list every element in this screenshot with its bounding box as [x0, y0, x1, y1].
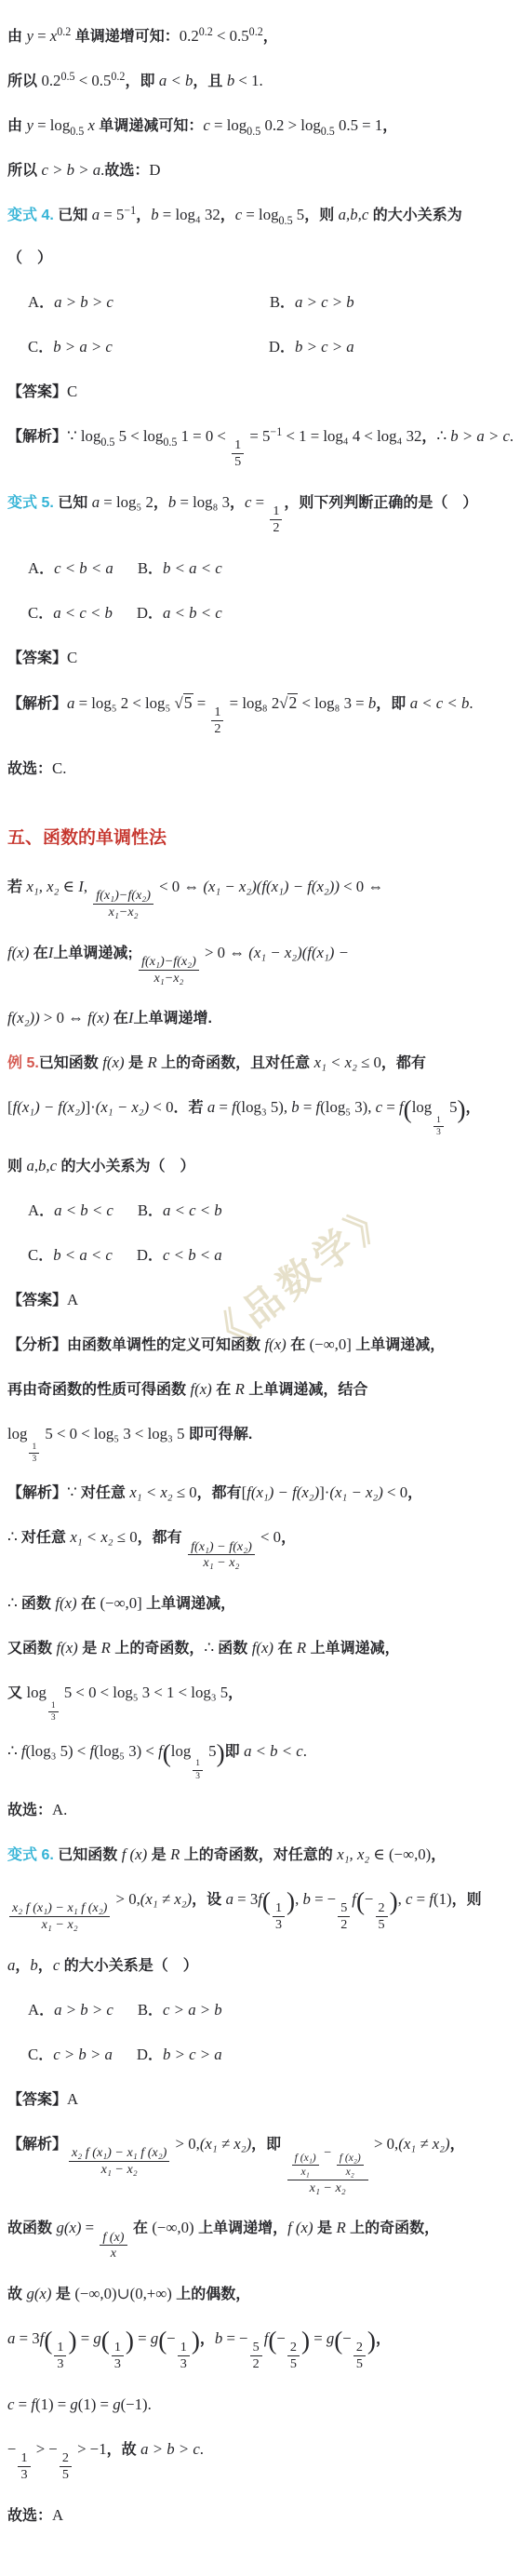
math-var: x₁ − x₂	[42, 1917, 78, 1932]
cn-text: ．	[148, 1248, 163, 1264]
cn-text: ，	[220, 208, 235, 223]
cn-text: 已知函数	[39, 1055, 102, 1071]
cn-text: ，且	[193, 74, 226, 89]
fraction: 13	[112, 2340, 124, 2371]
cn-text: ，	[136, 208, 151, 223]
cn-text: 由	[7, 29, 26, 45]
math-text: 2	[62, 2450, 69, 2465]
doc-line-7: A．a > b > cB．a > c > b	[7, 290, 514, 315]
math-var: x	[111, 2246, 116, 2261]
fraction: f (x)x	[100, 2230, 127, 2261]
cn-text: 是	[125, 1055, 148, 1071]
math-text: A	[52, 2506, 63, 2524]
math-text: (1) =	[78, 2395, 113, 2413]
denominator: 3	[433, 1127, 444, 1138]
math-text: 5	[205, 1742, 217, 1760]
math-text: ,	[84, 878, 91, 895]
math-var: x₁ − x₂	[101, 2162, 138, 2177]
math-text: 5 < 0 < log₅ 3 < log₃ 5	[41, 1425, 184, 1442]
math-text: 0.5	[70, 125, 84, 138]
cn-text: 是	[313, 2220, 337, 2236]
math-text: =	[77, 2329, 94, 2347]
big-paren: (	[163, 1739, 171, 1767]
cn-text: ．	[280, 340, 295, 356]
fraction: f(x₁) − f(x₂)x₁ − x₂	[188, 1539, 255, 1571]
numerator: 2	[287, 2340, 300, 2356]
math-var: f(x)	[87, 1009, 109, 1026]
big-paren: )	[68, 2327, 76, 2355]
doc-line-9: 【答案】C	[7, 380, 514, 404]
numerator: 1	[211, 704, 223, 721]
denominator: x₁ − x₂	[307, 2180, 349, 2196]
math-var: x₁	[301, 2166, 310, 2178]
big-paren: )	[301, 2327, 310, 2355]
doc-line-25: C．b < a < cD．c < b < a	[7, 1243, 514, 1268]
math-text: −	[7, 2440, 16, 2458]
math-text: 2	[379, 1900, 385, 1915]
math-var: f(x)	[56, 1639, 77, 1657]
cn-text: ，	[230, 495, 245, 511]
big-paren: (	[356, 1887, 365, 1915]
cn-text: ，	[153, 495, 168, 511]
cn-text: ，则	[304, 208, 338, 223]
math-text: −	[321, 2145, 335, 2160]
numerator: 5	[250, 2340, 262, 2356]
denominator: 5	[353, 2356, 366, 2372]
cn-text: ．	[38, 1248, 53, 1264]
math-text: ≤ 0	[173, 1483, 197, 1501]
cn-text: 【解析】	[7, 696, 67, 712]
math-text: 1	[180, 2340, 187, 2355]
cn-text: ．	[148, 2003, 163, 2019]
numerator: 1	[29, 1442, 39, 1454]
doc-line-32: ∴ 函数 f(x) 在 (−∞,0] 上单调递减，	[7, 1591, 514, 1616]
superscript: 0.5	[60, 72, 74, 83]
cn-text: 【解析】	[7, 429, 67, 445]
fraction: f(x₁)−f(x₂)x₁−x₂	[93, 888, 153, 919]
math-text: 0.5	[279, 214, 293, 227]
denominator: 2	[250, 2356, 262, 2372]
cn-text: ，	[450, 2137, 465, 2153]
math-text: (1)	[433, 1890, 452, 1908]
cn-text: 则	[7, 1159, 26, 1174]
math-var: x₁ − x₂	[203, 1555, 239, 1570]
doc-line-31: ∴ 对任意 x₁ < x₂ ≤ 0，都有 f(x₁) − f(x₂)x₁ − x…	[7, 1525, 514, 1571]
math-text: = 5	[100, 206, 124, 223]
math-text: 3	[32, 1455, 36, 1464]
math-text: 5	[379, 1917, 385, 1932]
numerator: f(x₁)−f(x₂)	[93, 888, 153, 905]
math-var: (x₁ − x₂)(f(x₁) − f(x₂))	[203, 878, 340, 895]
math-text: 1	[436, 1116, 441, 1125]
math-text: ∴	[7, 1528, 21, 1546]
cn-text: ．	[148, 606, 163, 622]
math-var: x₁ − x₂	[310, 2180, 346, 2195]
math-text: .	[469, 694, 473, 712]
math-var: a,b,c	[26, 1157, 57, 1174]
big-paren: (	[101, 2327, 110, 2355]
math-var: x₁−x₂	[153, 971, 183, 986]
math-text: A	[28, 1201, 39, 1219]
math-text: < 0	[149, 1098, 173, 1116]
superscript: 0.2	[111, 72, 125, 83]
math-text: 0.5	[247, 125, 260, 138]
big-paren: (	[262, 1887, 271, 1915]
math-var: a < b	[159, 72, 193, 89]
cn-text: 上单调递增，	[194, 2220, 287, 2236]
subscript: 0.5	[163, 437, 177, 449]
cn-text: 【答案】	[7, 2092, 67, 2108]
math-var: b > c > a	[163, 2046, 222, 2063]
math-text: 5	[290, 2356, 297, 2371]
math-var: a > b > c	[140, 2440, 200, 2458]
variant-label: 变式 6.	[7, 1847, 54, 1863]
math-text: = log	[242, 206, 278, 223]
fraction: 12	[211, 704, 223, 736]
cn-text: ，则下列判断正确的是（ ）	[284, 495, 477, 511]
sqrt: 5	[175, 693, 193, 712]
math-text: 0.5	[321, 125, 335, 138]
math-text: 3	[114, 2356, 121, 2371]
cn-text: ，	[376, 2331, 391, 2347]
math-var: b < a < c	[163, 559, 222, 577]
math-var: R	[101, 1639, 111, 1657]
math-text: 1 = 0 <	[177, 427, 230, 445]
math-var: f(x)	[102, 1053, 124, 1071]
math-var: b	[30, 1956, 37, 1974]
big-paren: )	[367, 2327, 376, 2355]
denominator: 3	[112, 2356, 124, 2372]
math-text: ]·	[319, 1483, 329, 1501]
math-text: 5	[62, 2467, 69, 2482]
math-text: =	[251, 493, 268, 511]
subscript: 0.5	[247, 127, 260, 138]
math-var: x	[88, 116, 95, 134]
cn-text: 在	[77, 1596, 100, 1612]
doc-line-49: 故选：A	[7, 2503, 514, 2528]
math-text: (log₃ 5),	[236, 1098, 291, 1116]
math-text: 0.2	[180, 27, 199, 45]
math-text: B	[138, 1201, 148, 1219]
math-text: =	[412, 1890, 429, 1908]
cn-text: 在	[212, 1382, 235, 1398]
math-text: 5	[356, 2356, 363, 2371]
cn-text: 【解析】	[7, 2137, 67, 2153]
math-var: f(x₁) − f(x₂)	[13, 1098, 86, 1116]
cn-text: 已知	[54, 208, 92, 223]
fraction: 13	[433, 1115, 444, 1138]
cn-text: 是	[51, 2287, 74, 2302]
subscript: 13	[432, 1108, 446, 1120]
cn-text: ，	[200, 2331, 215, 2347]
math-text: 3	[195, 1772, 200, 1781]
math-text: −1	[124, 204, 136, 217]
cn-text: ，	[15, 1958, 30, 1974]
doc-line-36: 故选：A.	[7, 1798, 514, 1822]
cn-text: 所以	[7, 74, 41, 89]
fraction: 13	[48, 1700, 59, 1724]
math-text: 1	[195, 1759, 200, 1768]
math-var: b > a > c	[450, 427, 510, 445]
doc-line-12: A．c < b < aB．b < a < c	[7, 557, 514, 581]
math-text: 5	[253, 2340, 260, 2355]
cn-text: 在	[109, 1011, 127, 1026]
math-text: B	[138, 559, 148, 577]
cn-text: 上单调递减，结合	[245, 1382, 367, 1398]
subscript: 0.5	[321, 127, 335, 138]
math-var: R	[170, 1845, 180, 1863]
math-text: 3	[275, 1917, 282, 1932]
math-text: A	[28, 293, 39, 311]
cn-text: ，都有	[381, 1055, 426, 1071]
denominator: 3	[48, 1712, 59, 1724]
math-text: 2	[253, 2356, 260, 2371]
numerator: 1	[232, 437, 244, 454]
doc-line-42: 【答案】A	[7, 2087, 514, 2112]
math-var: c	[203, 116, 209, 134]
big-paren: )	[457, 1095, 465, 1123]
math-text: > 0,	[171, 2135, 199, 2153]
radicand: 5	[183, 693, 193, 712]
cn-text: ．	[280, 295, 295, 311]
math-text: −	[167, 2329, 175, 2347]
math-var: a < c < b	[163, 1201, 222, 1219]
fraction: f (x₁)x₁	[292, 2152, 319, 2179]
math-text: ≤ 0	[357, 1053, 381, 1071]
cn-text: ，故	[107, 2442, 140, 2458]
math-text: .	[510, 427, 513, 445]
math-text: 1	[20, 2450, 27, 2465]
math-text: = 3	[15, 2329, 39, 2347]
math-text: ∴	[204, 1639, 218, 1657]
math-var: b > a > c	[53, 338, 113, 356]
math-var: g(x)	[26, 2285, 51, 2302]
cn-text: 上单调递减，	[142, 1596, 235, 1612]
cn-text: 【分析】由函数单调性的定义可知函数	[7, 1337, 264, 1353]
cn-text: 上的奇函数，	[346, 2220, 439, 2236]
math-text: 1	[32, 1442, 36, 1452]
math-var: (x₁ − x₂)	[329, 1483, 382, 1501]
cn-text: ，即	[251, 2137, 285, 2153]
math-text: ≤ 0	[113, 1528, 138, 1546]
math-text: .	[303, 1742, 307, 1760]
math-var: b	[151, 206, 158, 223]
math-text: = log₅ 2	[100, 493, 153, 511]
fraction: 13	[54, 2340, 66, 2371]
cn-text: 即	[225, 1744, 244, 1760]
doc-line-18: 若 x₁, x₂ ∈ I, f(x₁)−f(x₂)x₁−x₂ < 0 ⇔ (x₁…	[7, 875, 514, 920]
math-text: B	[138, 2001, 148, 2019]
math-text: 3	[51, 1713, 56, 1723]
doc-line-26: 【答案】A	[7, 1288, 514, 1312]
math-text: = 5	[246, 427, 270, 445]
math-text: 0.2	[249, 25, 263, 38]
math-var: b	[303, 1890, 311, 1908]
cn-text: ．若	[173, 1100, 207, 1116]
math-text: ∴	[7, 1594, 21, 1612]
fraction: 13	[29, 1442, 39, 1465]
math-var: (x₁ − x₂)	[96, 1098, 149, 1116]
numerator: 1	[178, 2340, 190, 2356]
math-text: =	[14, 2395, 31, 2413]
subscript: 0.5	[70, 127, 84, 138]
math-text: 1	[234, 437, 241, 452]
math-var: f(x₁)−f(x₂)	[141, 954, 196, 969]
doc-line-34: 又 log13 5 < 0 < log₅ 3 < 1 < log₃ 5，	[7, 1681, 514, 1719]
math-text: A	[28, 559, 39, 577]
math-text: A	[67, 1291, 78, 1308]
math-var: (x₁ − x₂)(f(x₁) −	[248, 944, 349, 961]
math-var: a	[226, 1890, 233, 1908]
math-text: 0.2 > log	[260, 116, 320, 134]
cn-text: 是	[78, 1641, 101, 1657]
math-text: > −	[33, 2440, 58, 2458]
fraction: f (x₂)x₂	[337, 2152, 364, 2179]
math-text: 1	[114, 2340, 121, 2355]
math-text: =	[215, 1098, 232, 1116]
math-text: 2	[288, 693, 297, 712]
fraction: 52	[250, 2340, 262, 2371]
math-text: > 0,	[370, 2135, 398, 2153]
math-text: 0.5	[163, 436, 177, 449]
cn-text: ．	[39, 295, 54, 311]
math-var: y	[26, 27, 33, 45]
doc-line-11: 变式 5. 已知 a = log₅ 2，b = log₈ 3，c = 12，则下…	[7, 490, 514, 536]
math-text: (log₅ 3),	[320, 1098, 375, 1116]
numerator: 1	[270, 503, 282, 520]
cn-text: ．	[38, 2047, 53, 2063]
math-text: = 3	[233, 1890, 258, 1908]
math-text: 5	[234, 454, 241, 469]
math-text: C.	[52, 759, 66, 777]
math-var: b	[227, 72, 234, 89]
cn-text: 故函数	[7, 2220, 56, 2236]
numerator: x₂ f (x₁) − x₁ f (x₂)	[9, 1900, 110, 1917]
fraction: 52	[338, 1900, 350, 1932]
math-text: A	[67, 2090, 78, 2108]
math-text: 0.5 = 1	[335, 116, 382, 134]
math-text: 0.5	[60, 70, 74, 83]
math-text: 3	[436, 1128, 441, 1137]
math-text: 5 < log	[114, 427, 163, 445]
math-text: = log₅ 2 < log₅	[74, 694, 174, 712]
math-var: c > b > a	[53, 2046, 113, 2063]
math-text: 2	[290, 2340, 297, 2355]
math-var: b	[168, 493, 176, 511]
math-var: g	[93, 2329, 100, 2347]
big-paren: )	[217, 1739, 225, 1767]
fraction: 13	[178, 2340, 190, 2371]
math-var: g	[70, 2395, 77, 2413]
math-text: 3	[20, 2467, 27, 2482]
denominator: 3	[193, 1771, 203, 1782]
cn-text: 已知	[54, 495, 92, 511]
numerator: 1	[112, 2340, 124, 2356]
cn-text: 故	[7, 2287, 26, 2302]
cn-text: ．	[39, 2003, 54, 2019]
cn-text: 对任意	[21, 1530, 70, 1546]
math-text: ∴	[7, 1742, 21, 1760]
numerator: 5	[338, 1900, 350, 1917]
math-var: a > b > c	[54, 293, 113, 311]
math-text: C	[28, 604, 38, 622]
doc-line-44: 故函数 g(x) = f (x)x 在 (−∞,0) 上单调递增，f (x) 是…	[7, 2216, 514, 2261]
math-text: C	[28, 2046, 38, 2063]
math-text: (−∞,0]	[310, 1335, 352, 1353]
numerator: 2	[353, 2340, 366, 2356]
math-text: 1	[214, 704, 220, 719]
denominator: 3	[273, 1917, 285, 1933]
doc-line-35: ∴ f(log₃ 5) < f(log₅ 3) < f(log13 5)即 a …	[7, 1739, 514, 1778]
math-text: < 0	[257, 1528, 281, 1546]
cn-text: 上的偶数，	[172, 2287, 250, 2302]
doc-line-10: 【解析】∵ log0.5 5 < log0.5 1 = 0 < 15 = 5−1…	[7, 424, 514, 470]
cn-text: 上单调递减，	[352, 1337, 445, 1353]
cn-text: ．	[148, 1203, 163, 1219]
math-var: b	[368, 694, 376, 712]
numerator: f (x₁)	[292, 2152, 319, 2166]
math-text: 5	[446, 1098, 458, 1116]
math-text: = log	[33, 116, 70, 134]
doc-line-33: 又函数 f(x) 是 R 上的奇函数，∴ 函数 f(x) 在 R 上单调递减，	[7, 1636, 514, 1660]
math-var: f(x)	[55, 1594, 76, 1612]
math-text: 5	[293, 206, 305, 223]
doc-line-21: 例 5.已知函数 f(x) 是 R 上的奇函数，且对任意 x₁ < x₂ ≤ 0…	[7, 1051, 514, 1075]
doc-line-47: c = f(1) = g(1) = g(−1).	[7, 2393, 514, 2417]
fraction: x₂ f (x₁) − x₁ f (x₂)x₁ − x₂	[69, 2145, 169, 2177]
math-text: =	[193, 694, 210, 712]
math-text: A	[28, 2001, 39, 2019]
cn-text: 又	[7, 1685, 26, 1701]
fraction: f(x₁)−f(x₂)x₁−x₂	[139, 954, 199, 986]
cn-text: 【答案】	[7, 651, 67, 666]
doc-line-14: 【答案】C	[7, 646, 514, 670]
cn-text: ，则	[452, 1892, 482, 1908]
math-text: 5 < 0 < log₅ 3 < 1 < log₃ 5	[60, 1684, 229, 1701]
math-var: f(x)	[264, 1335, 286, 1353]
math-text: > −1	[73, 2440, 107, 2458]
fraction: 13	[273, 1900, 285, 1932]
math-text: 5	[184, 693, 193, 712]
cn-text: ，	[228, 1685, 243, 1701]
cn-text: 上单调递增.	[133, 1011, 211, 1026]
math-text: > 0 ⇔	[201, 944, 248, 961]
cn-text: 在	[273, 1641, 297, 1657]
math-var: f (x₂)	[340, 2152, 361, 2164]
doc-line-20: f(x₂)) > 0 ⇔ f(x) 在I上单调递增.	[7, 1006, 514, 1030]
cn-text: ，	[281, 1530, 296, 1546]
math-text: 3	[57, 2356, 63, 2371]
math-var: x₂	[346, 2166, 354, 2178]
denominator: x₁−x₂	[106, 905, 141, 920]
denominator: 3	[29, 1454, 39, 1465]
doc-line-22: [f(x₁) − f(x₂)]·(x₁ − x₂) < 0．若 a = f(lo…	[7, 1095, 514, 1134]
numerator: x₂ f (x₁) − x₁ f (x₂)	[69, 2145, 169, 2162]
math-var: x₁ < x₂	[70, 1528, 113, 1546]
cn-text: 即可得解.	[184, 1427, 252, 1442]
math-text: 1	[273, 503, 279, 518]
math-var: a < b < c	[54, 1201, 113, 1219]
math-text: =	[33, 27, 50, 45]
fraction: x₂ f (x₁) − x₁ f (x₂)x₁ − x₂	[9, 1900, 110, 1932]
denominator: x₁−x₂	[151, 971, 186, 986]
math-var: g	[113, 2395, 120, 2413]
cn-text: 单调递增可知：	[71, 29, 179, 45]
math-text: 3	[180, 2356, 187, 2371]
math-var: f (x)	[287, 2219, 313, 2236]
math-text: < 0.5	[75, 72, 112, 89]
math-var: R	[235, 1380, 245, 1398]
